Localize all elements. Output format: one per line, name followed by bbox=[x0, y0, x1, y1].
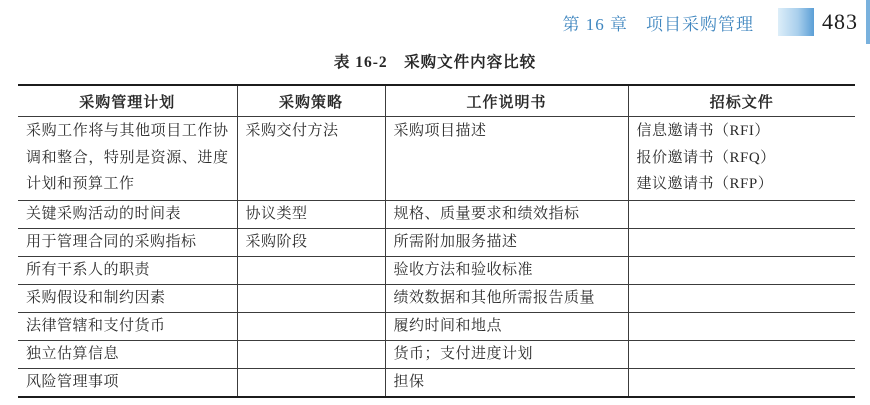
cell-bid bbox=[628, 229, 855, 257]
table-row: 用于管理合同的采购指标 采购阶段 所需附加服务描述 bbox=[18, 229, 855, 257]
cell-strategy: 采购阶段 bbox=[237, 229, 385, 257]
page-edge-bar bbox=[866, 0, 870, 44]
table-row: 采购假设和制约因素 绩效数据和其他所需报告质量 bbox=[18, 285, 855, 313]
cell-sow: 所需附加服务描述 bbox=[385, 229, 628, 257]
cell-plan: 关键采购活动的时间表 bbox=[18, 201, 237, 229]
cell-bid bbox=[628, 341, 855, 369]
cell-strategy bbox=[237, 313, 385, 341]
cell-strategy bbox=[237, 369, 385, 398]
cell-sow: 担保 bbox=[385, 369, 628, 398]
cell-plan: 采购工作将与其他项目工作协调和整合，特别是资源、进度计划和预算工作 bbox=[18, 117, 237, 201]
cell-plan: 独立估算信息 bbox=[18, 341, 237, 369]
cell-bid bbox=[628, 313, 855, 341]
cell-sow: 采购项目描述 bbox=[385, 117, 628, 201]
header-accent-square bbox=[778, 8, 814, 36]
book-page: 第 16 章 项目采购管理 483 表 16-2 采购文件内容比较 采购管理计划… bbox=[0, 0, 870, 405]
cell-strategy: 协议类型 bbox=[237, 201, 385, 229]
cell-bid: 信息邀请书（RFI） 报价邀请书（RFQ） 建议邀请书（RFP） bbox=[628, 117, 855, 201]
table-row: 采购工作将与其他项目工作协调和整合，特别是资源、进度计划和预算工作 采购交付方法… bbox=[18, 117, 855, 201]
cell-bid bbox=[628, 369, 855, 398]
cell-plan: 采购假设和制约因素 bbox=[18, 285, 237, 313]
chapter-title: 第 16 章 项目采购管理 bbox=[563, 10, 755, 35]
table-row: 风险管理事项 担保 bbox=[18, 369, 855, 398]
column-header-sow: 工作说明书 bbox=[385, 85, 628, 117]
table-caption: 表 16-2 采购文件内容比较 bbox=[0, 50, 870, 72]
table-header-row: 采购管理计划 采购策略 工作说明书 招标文件 bbox=[18, 85, 855, 117]
page-header: 第 16 章 项目采购管理 483 bbox=[0, 6, 858, 38]
cell-plan: 法律管辖和支付货币 bbox=[18, 313, 237, 341]
page-number: 483 bbox=[822, 9, 858, 35]
cell-bid bbox=[628, 285, 855, 313]
table-row: 关键采购活动的时间表 协议类型 规格、质量要求和绩效指标 bbox=[18, 201, 855, 229]
column-header-plan: 采购管理计划 bbox=[18, 85, 237, 117]
cell-strategy bbox=[237, 341, 385, 369]
bid-doc-line: 报价邀请书（RFQ） bbox=[637, 145, 848, 172]
cell-plan: 用于管理合同的采购指标 bbox=[18, 229, 237, 257]
table-row: 所有干系人的职责 验收方法和验收标准 bbox=[18, 257, 855, 285]
column-header-bid: 招标文件 bbox=[628, 85, 855, 117]
cell-plan: 所有干系人的职责 bbox=[18, 257, 237, 285]
bid-doc-line: 建议邀请书（RFP） bbox=[637, 171, 848, 198]
cell-sow: 履约时间和地点 bbox=[385, 313, 628, 341]
table-row: 法律管辖和支付货币 履约时间和地点 bbox=[18, 313, 855, 341]
cell-plan: 风险管理事项 bbox=[18, 369, 237, 398]
cell-strategy: 采购交付方法 bbox=[237, 117, 385, 201]
column-header-strategy: 采购策略 bbox=[237, 85, 385, 117]
cell-bid bbox=[628, 257, 855, 285]
cell-strategy bbox=[237, 257, 385, 285]
procurement-comparison-table: 采购管理计划 采购策略 工作说明书 招标文件 采购工作将与其他项目工作协调和整合… bbox=[18, 84, 855, 398]
bid-doc-line: 信息邀请书（RFI） bbox=[637, 118, 848, 145]
cell-sow: 验收方法和验收标准 bbox=[385, 257, 628, 285]
cell-sow: 货币；支付进度计划 bbox=[385, 341, 628, 369]
cell-sow: 绩效数据和其他所需报告质量 bbox=[385, 285, 628, 313]
cell-sow: 规格、质量要求和绩效指标 bbox=[385, 201, 628, 229]
cell-bid bbox=[628, 201, 855, 229]
table-row: 独立估算信息 货币；支付进度计划 bbox=[18, 341, 855, 369]
cell-strategy bbox=[237, 285, 385, 313]
